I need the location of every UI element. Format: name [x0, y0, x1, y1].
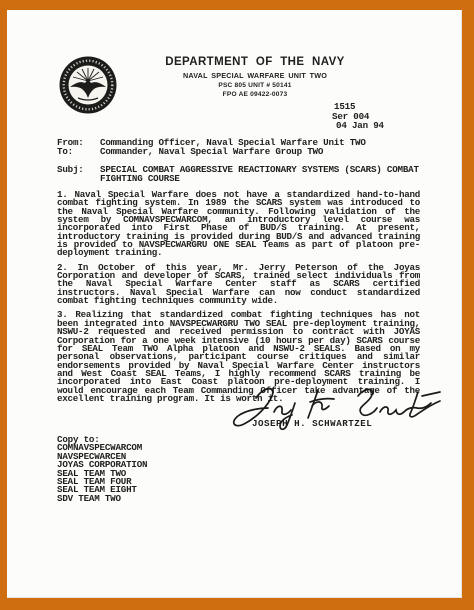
scanned-letter-screenshot: { "colors": { "frame": "#cf6e10", "paper…	[0, 0, 474, 610]
ref-date: 04 Jan 94	[336, 121, 384, 131]
to-label: To:	[57, 148, 100, 157]
letterhead: DEPARTMENT OF THE NAVY NAVAL SPECIAL WAR…	[145, 56, 365, 99]
address-block: From: Commanding Officer, Naval Special …	[57, 139, 437, 156]
letter-paragraph-2: 2. In October of this year, Mr. Jerry Pe…	[57, 264, 420, 306]
signer-typed-name: JOSEPH H. SCHWARTZEL	[252, 418, 372, 429]
letter-body: 1. Naval Special Warfare does not have a…	[57, 191, 420, 409]
subject-block: Subj: SPECIAL COMBAT AGGRESSIVE REACTION…	[57, 165, 447, 183]
navy-seal-icon	[57, 54, 119, 116]
signature-block: JOSEPH H. SCHWARTZEL	[222, 382, 450, 440]
copy-to-recipient: SDV TEAM TWO	[57, 495, 147, 503]
to-value: Commander, Naval Special Warfare Group T…	[100, 148, 323, 157]
reference-block: 1515 Ser 004 04 Jan 94	[332, 102, 384, 131]
letterhead-address-line2: FPO AE 09422-0073	[145, 91, 365, 100]
subject-value: SPECIAL COMBAT AGGRESSIVE REACTIONARY SY…	[100, 165, 430, 183]
letter-page: DEPARTMENT OF THE NAVY NAVAL SPECIAL WAR…	[7, 10, 462, 598]
copy-to-block: Copy to: COMNAVSPECWARCOM NAVSPECWARCEN …	[57, 436, 147, 503]
letterhead-unit: NAVAL SPECIAL WARFARE UNIT TWO	[145, 71, 365, 80]
subject-label: Subj:	[57, 165, 100, 183]
letterhead-address-line1: PSC 805 UNIT # 50141	[145, 82, 365, 91]
letter-paragraph-1: 1. Naval Special Warfare does not have a…	[57, 191, 420, 258]
to-row: To: Commander, Naval Special Warfare Gro…	[57, 148, 437, 157]
letterhead-department: DEPARTMENT OF THE NAVY	[145, 56, 365, 68]
